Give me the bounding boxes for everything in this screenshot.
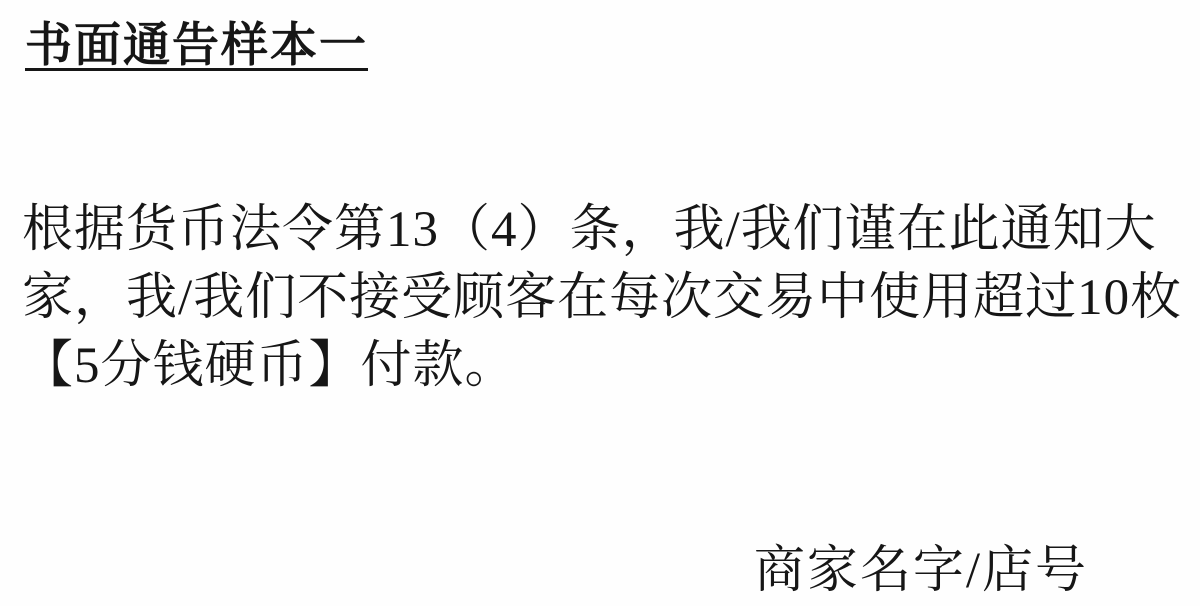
notice-body-line-3: 【5分钱硬币】付款。 (22, 332, 1182, 400)
notice-title: 书面通告样本一 (25, 8, 368, 75)
notice-document: 书面通告样本一 根据货币法令第13（4）条，我/我们谨在此通知大 家，我/我们不… (0, 0, 1200, 606)
merchant-signature-line: 商家名字/店号 (754, 528, 1088, 602)
notice-body: 根据货币法令第13（4）条，我/我们谨在此通知大 家，我/我们不接受顾客在每次交… (22, 196, 1182, 400)
notice-body-line-1: 根据货币法令第13（4）条，我/我们谨在此通知大 (22, 196, 1182, 264)
notice-body-line-2: 家，我/我们不接受顾客在每次交易中使用超过10枚 (22, 264, 1182, 332)
